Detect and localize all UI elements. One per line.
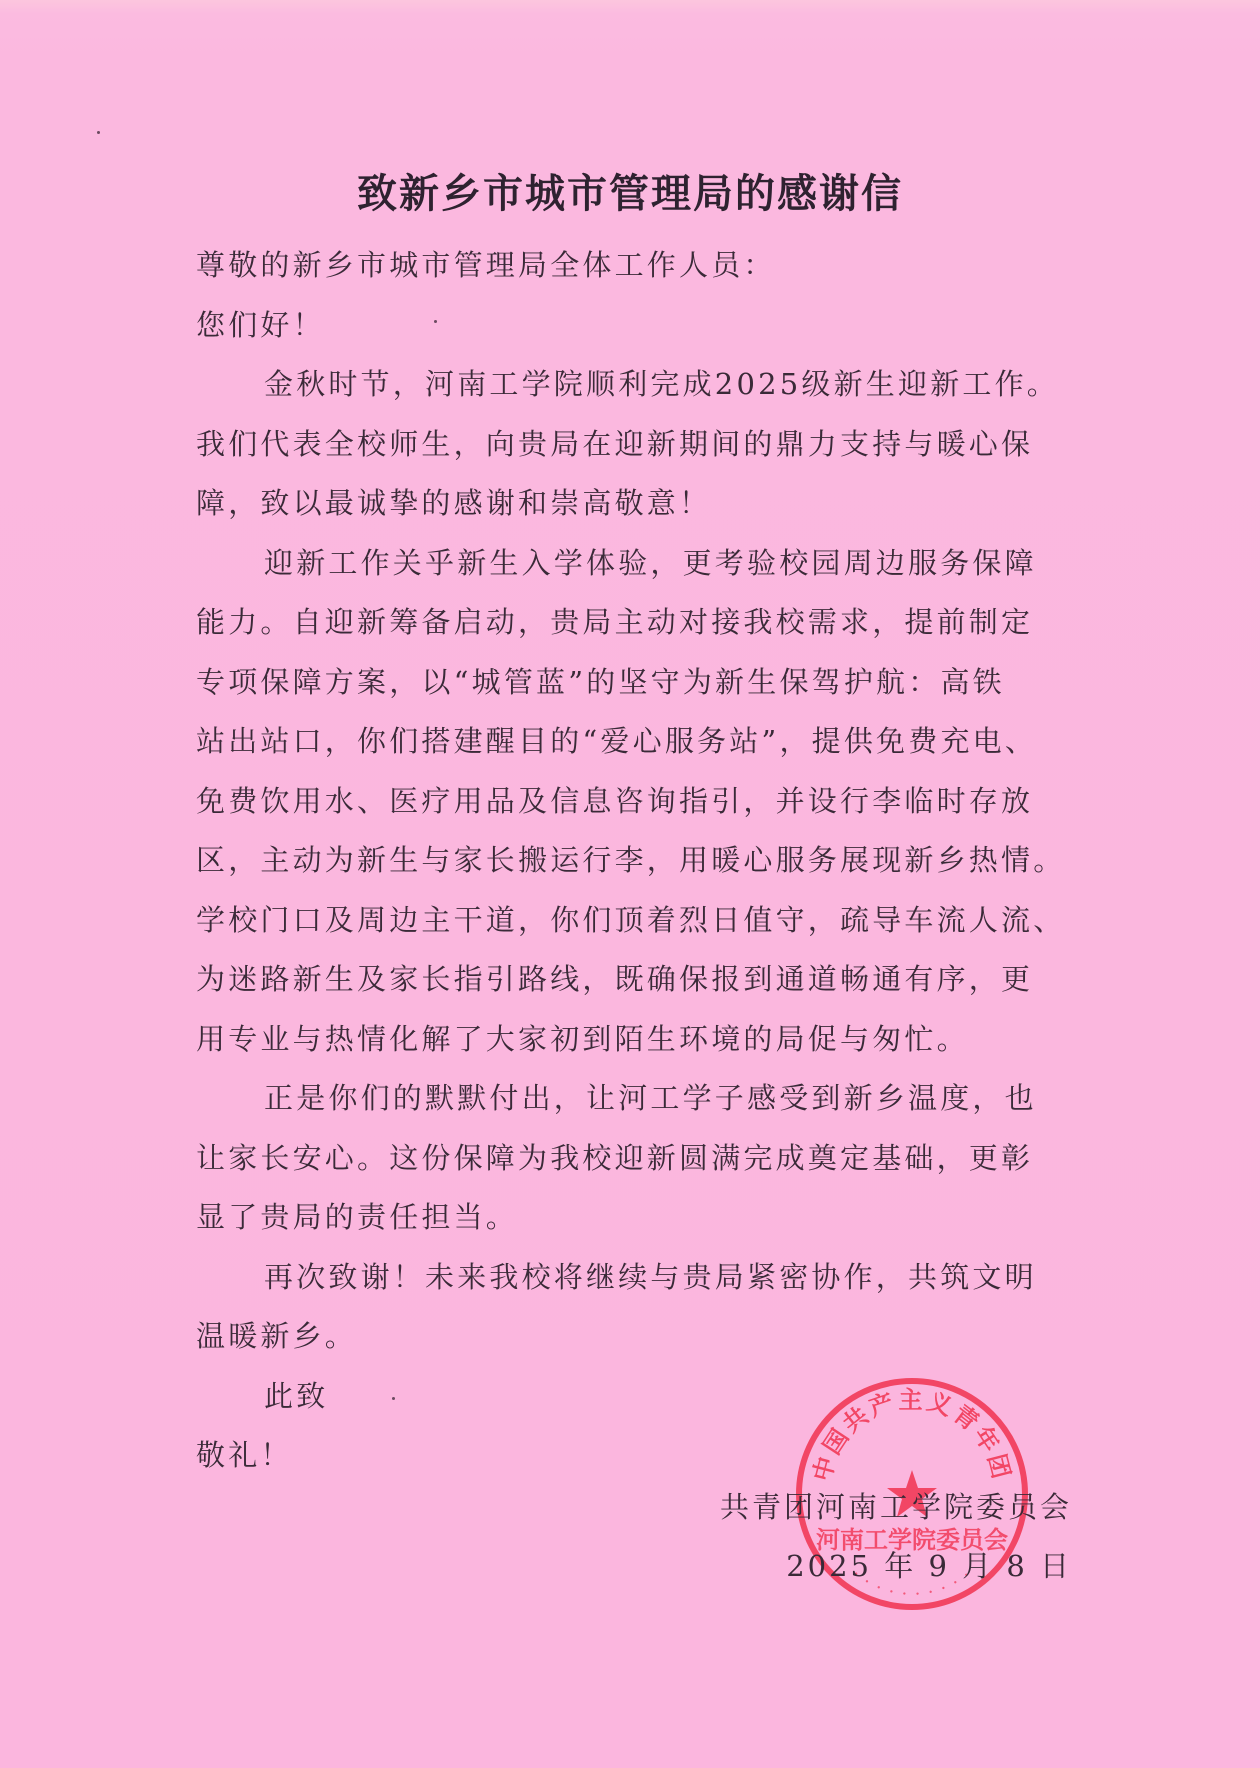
signing-date: 2025 年 9 月 8 日 (720, 1537, 1072, 1596)
letter-body: 尊敬的新乡市城市管理局全体工作人员： 您们好！ 金秋时节，河南工学院顺利完成20… (196, 236, 1076, 1486)
greeting: 您们好！ (196, 296, 1076, 356)
paragraph-line: 为迷路新生及家长指引路线，既确保报到通道畅通有序，更 (196, 950, 1076, 1010)
paragraph-line: 正是你们的默默付出，让河工学子感受到新乡温度，也 (196, 1069, 1076, 1129)
paragraph-line: 温暖新乡。 (196, 1307, 1076, 1367)
letter-page: 致新乡市城市管理局的感谢信 尊敬的新乡市城市管理局全体工作人员： 您们好！ 金秋… (0, 0, 1260, 1768)
paragraph-line: 专项保障方案，以“城管蓝”的坚守为新生保驾护航：高铁 (196, 653, 1076, 713)
letter-title: 致新乡市城市管理局的感谢信 (0, 162, 1260, 219)
paper-speck (97, 131, 100, 134)
paragraph-line: 让家长安心。这份保障为我校迎新圆满完成奠定基础，更彰 (196, 1129, 1076, 1189)
paragraph-line: 迎新工作关乎新生入学体验，更考验校园周边服务保障 (196, 534, 1076, 594)
paragraph-line: 我们代表全校师生，向贵局在迎新期间的鼎力支持与暖心保 (196, 415, 1076, 475)
paragraph-line: 免费饮用水、医疗用品及信息咨询指引，并设行李临时存放 (196, 772, 1076, 832)
signature-block: 共青团河南工学院委员会 2025 年 9 月 8 日 (720, 1478, 1072, 1596)
paragraph-line: 能力。自迎新筹备启动，贵局主动对接我校需求，提前制定 (196, 593, 1076, 653)
paper-speck (392, 1397, 395, 1400)
svg-text:中国共产主义青年团: 中国共产主义青年团 (808, 1386, 1016, 1484)
paragraph-line: 障，致以最诚挚的感谢和崇高敬意！ (196, 474, 1076, 534)
salutation: 尊敬的新乡市城市管理局全体工作人员： (196, 236, 1076, 296)
signing-organization: 共青团河南工学院委员会 (720, 1478, 1072, 1537)
paper-speck (434, 320, 437, 323)
paragraph-line: 再次致谢！未来我校将继续与贵局紧密协作，共筑文明 (196, 1248, 1076, 1308)
paragraph-line: 用专业与热情化解了大家初到陌生环境的局促与匆忙。 (196, 1010, 1076, 1070)
paragraph-line: 金秋时节，河南工学院顺利完成2025级新生迎新工作。 (196, 355, 1076, 415)
paragraph-line: 显了贵局的责任担当。 (196, 1188, 1076, 1248)
paragraph-line: 学校门口及周边主干道，你们顶着烈日值守，疏导车流人流、 (196, 891, 1076, 951)
paragraph-line: 站出站口，你们搭建醒目的“爱心服务站”，提供免费充电、 (196, 712, 1076, 772)
paragraph-line: 区，主动为新生与家长搬运行李，用暖心服务展现新乡热情。 (196, 831, 1076, 891)
